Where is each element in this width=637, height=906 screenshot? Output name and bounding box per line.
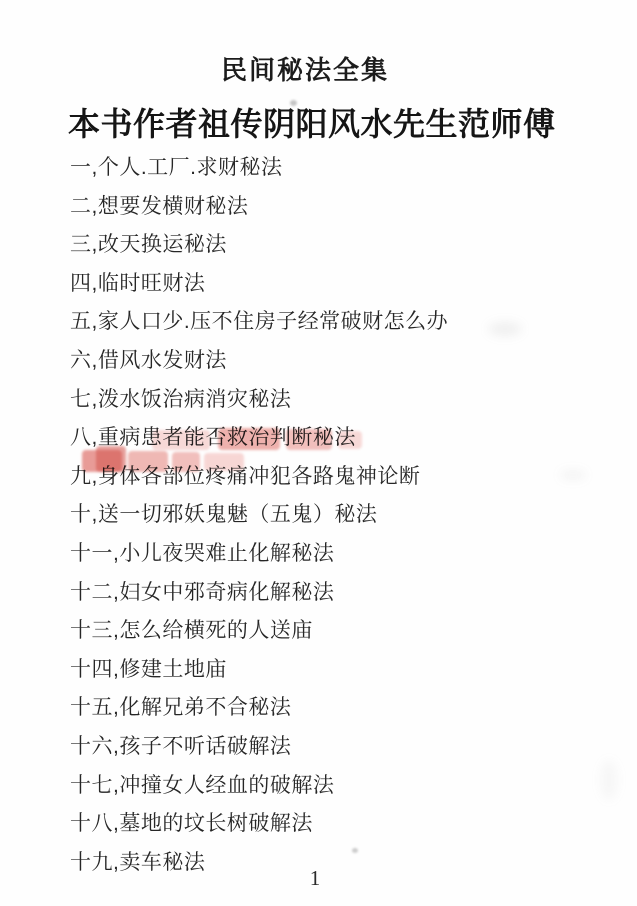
list-item: 十三,怎么给横死的人送庙 bbox=[70, 612, 617, 651]
list-item: 三,改天换运秘法 bbox=[70, 226, 617, 265]
list-item: 十二,妇女中邪奇病化解秘法 bbox=[70, 574, 617, 613]
list-item: 十七,冲撞女人经血的破解法 bbox=[70, 767, 617, 806]
list-item: 二,想要发横财秘法 bbox=[70, 188, 617, 227]
list-item: 四,临时旺财法 bbox=[70, 265, 617, 304]
list-item: 十八,墓地的坟长树破解法 bbox=[70, 805, 617, 844]
list-item: 八,重病患者能否救治判断秘法 bbox=[70, 419, 617, 458]
list-item: 六,借风水发财法 bbox=[70, 342, 617, 381]
list-item: 十,送一切邪妖鬼魅（五鬼）秘法 bbox=[70, 496, 617, 535]
page-title: 民间秘法全集 bbox=[0, 50, 610, 87]
list-item: 十五,化解兄弟不合秘法 bbox=[70, 689, 617, 728]
list-item: 五,家人口少.压不住房子经常破财怎么办 bbox=[70, 303, 617, 342]
list-item: 十一,小儿夜哭难止化解秘法 bbox=[70, 535, 617, 574]
list-item: 十四,修建土地庙 bbox=[70, 651, 617, 690]
list-item: 十六,孩子不听话破解法 bbox=[70, 728, 617, 767]
page-number: 1 bbox=[0, 866, 630, 891]
table-of-contents: 一,个人.工厂.求财秘法 二,想要发横财秘法 三,改天换运秘法 四,临时旺财法 … bbox=[70, 149, 617, 882]
page-subtitle: 本书作者祖传阴阳风水先生范师傅 bbox=[68, 99, 556, 145]
list-item: 七,泼水饭治病消灾秘法 bbox=[70, 381, 617, 420]
list-item: 九,身体各部位疼痛冲犯各路鬼神论断 bbox=[70, 458, 617, 497]
scanned-document-page: 民间秘法全集 本书作者祖传阴阳风水先生范师傅 一,个人.工厂.求财秘法 二,想要… bbox=[0, 0, 637, 906]
list-item: 一,个人.工厂.求财秘法 bbox=[70, 149, 617, 188]
